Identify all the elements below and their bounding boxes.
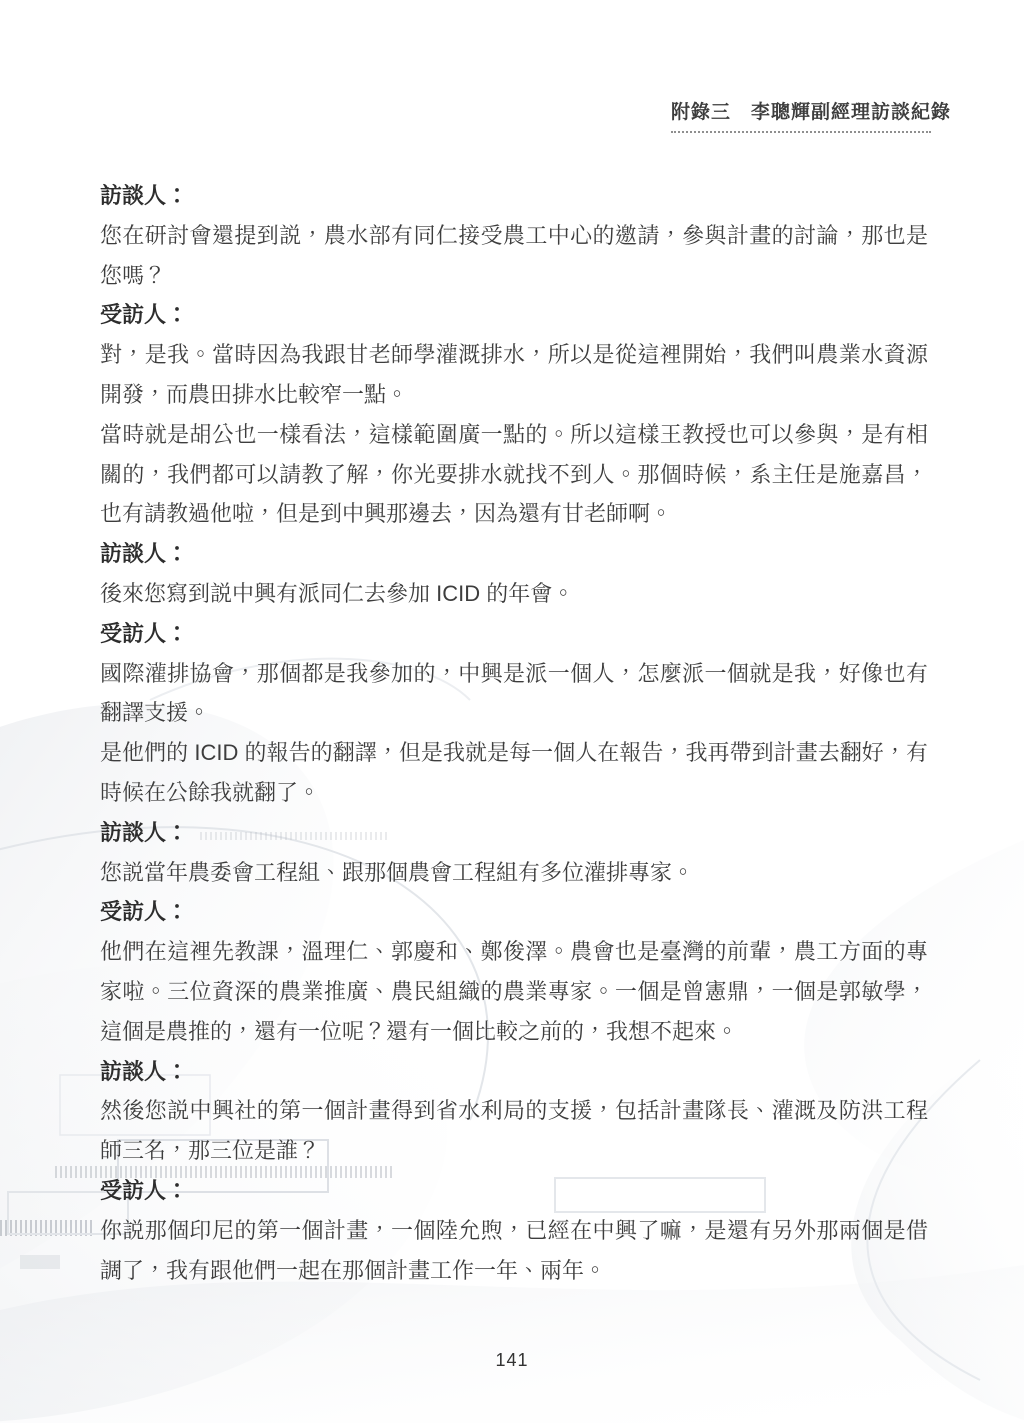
- qa-block: 受訪人： 對，是我。當時因為我跟甘老師學灌溉排水，所以是從這裡開始，我們叫農業水…: [100, 295, 928, 534]
- dialogue-paragraph: 是他們的 ICID 的報告的翻譯，但是我就是每一個人在報告，我再帶到計畫去翻好，…: [100, 733, 928, 813]
- speaker-label: 受訪人：: [100, 892, 928, 932]
- qa-block: 受訪人： 國際灌排協會，那個都是我參加的，中興是派一個人，怎麼派一個就是我，好像…: [100, 614, 928, 813]
- document-page: 附錄三 李聰輝副經理訪談紀錄 訪談人： 您在研討會還提到説，農水部有同仁接受農工…: [0, 0, 1024, 1423]
- dialogue-paragraph: 您説當年農委會工程組、跟那個農會工程組有多位灌排專家。: [100, 853, 928, 893]
- qa-block: 訪談人： 然後您説中興社的第一個計畫得到省水利局的支援，包括計畫隊長、灌溉及防洪…: [100, 1052, 928, 1171]
- header-dotted-rule: [671, 131, 931, 133]
- speaker-label: 受訪人：: [100, 1171, 928, 1211]
- dialogue-paragraph: 然後您説中興社的第一個計畫得到省水利局的支援，包括計畫隊長、灌溉及防洪工程師三名…: [100, 1091, 928, 1171]
- speaker-label: 訪談人：: [100, 1052, 928, 1092]
- page-header: 附錄三 李聰輝副經理訪談紀錄: [671, 97, 931, 133]
- speaker-label: 受訪人：: [100, 295, 928, 335]
- dialogue-paragraph: 您在研討會還提到説，農水部有同仁接受農工中心的邀請，參與計畫的討論，那也是您嗎？: [100, 216, 928, 296]
- appendix-title: 附錄三 李聰輝副經理訪談紀錄: [671, 97, 931, 124]
- qa-block: 受訪人： 你説那個印尼的第一個計畫，一個陸允煦，已經在中興了嘛，是還有另外那兩個…: [100, 1171, 928, 1290]
- dialogue-paragraph: 後來您寫到説中興有派同仁去參加 ICID 的年會。: [100, 574, 928, 614]
- dialogue-paragraph: 你説那個印尼的第一個計畫，一個陸允煦，已經在中興了嘛，是還有另外那兩個是借調了，…: [100, 1211, 928, 1291]
- qa-block: 訪談人： 您在研討會還提到説，農水部有同仁接受農工中心的邀請，參與計畫的討論，那…: [100, 176, 928, 295]
- qa-block: 訪談人： 您説當年農委會工程組、跟那個農會工程組有多位灌排專家。: [100, 813, 928, 893]
- dialogue-paragraph: 國際灌排協會，那個都是我參加的，中興是派一個人，怎麼派一個就是我，好像也有翻譯支…: [100, 654, 928, 734]
- speaker-label: 受訪人：: [100, 614, 928, 654]
- page-footer: 141: [0, 1350, 1024, 1371]
- dialogue-paragraph: 他們在這裡先教課，溫理仁、郭慶和、鄭俊澤。農會也是臺灣的前輩，農工方面的專家啦。…: [100, 932, 928, 1051]
- qa-block: 受訪人： 他們在這裡先教課，溫理仁、郭慶和、鄭俊澤。農會也是臺灣的前輩，農工方面…: [100, 892, 928, 1051]
- speaker-label: 訪談人：: [100, 813, 928, 853]
- speaker-label: 訪談人：: [100, 176, 928, 216]
- page-number: 141: [495, 1350, 528, 1370]
- interview-transcript: 訪談人： 您在研討會還提到説，農水部有同仁接受農工中心的邀請，參與計畫的討論，那…: [100, 176, 928, 1290]
- qa-block: 訪談人： 後來您寫到説中興有派同仁去參加 ICID 的年會。: [100, 534, 928, 614]
- dialogue-paragraph: 當時就是胡公也一樣看法，這樣範圍廣一點的。所以這樣王教授也可以參與，是有相關的，…: [100, 415, 928, 534]
- speaker-label: 訪談人：: [100, 534, 928, 574]
- dialogue-paragraph: 對，是我。當時因為我跟甘老師學灌溉排水，所以是從這裡開始，我們叫農業水資源開發，…: [100, 335, 928, 415]
